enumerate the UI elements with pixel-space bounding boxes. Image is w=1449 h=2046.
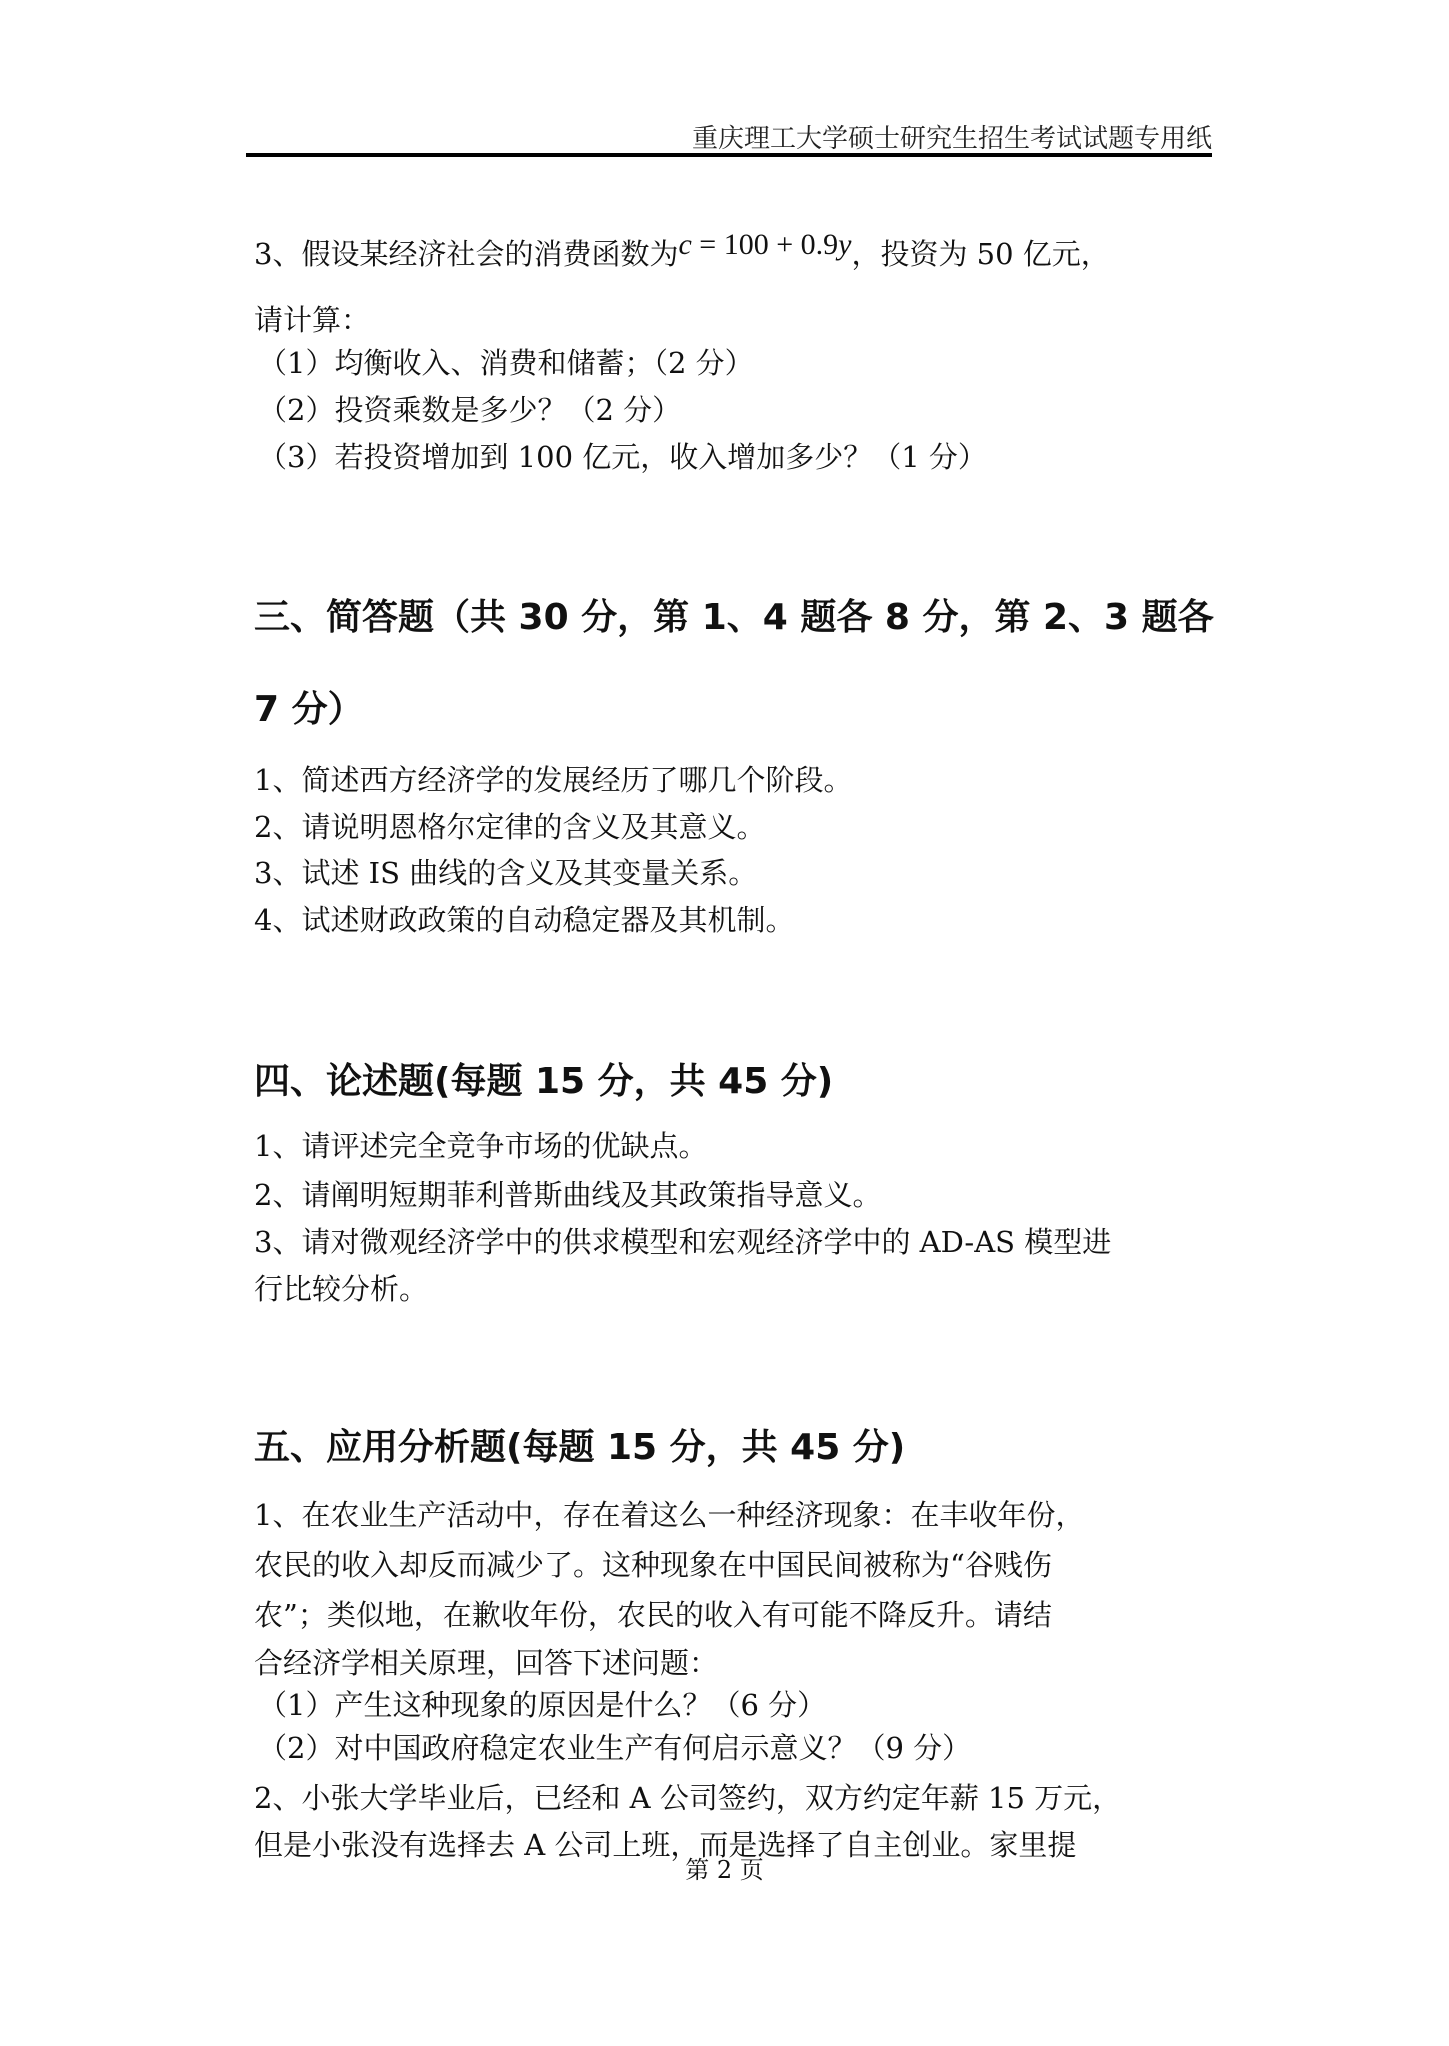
section-4-item-1: 1、请评述完全竞争市场的优缺点。 <box>254 1128 707 1164</box>
section-5-q2-line1: 2、小张大学毕业后，已经和 A 公司签约，双方约定年薪 15 万元， <box>254 1780 1121 1816</box>
question-3-line2: 请计算： <box>254 302 370 338</box>
formula-var-y: y <box>838 228 851 261</box>
question-3-sub-3: （3）若投资增加到 100 亿元，收入增加多少？（1 分） <box>258 439 987 475</box>
question-3-sub-1: （1）均衡收入、消费和储蓄；（2 分） <box>258 345 754 381</box>
question-3-prefix: 3、假设某经济社会的消费函数为 <box>254 237 678 271</box>
section-3-heading-line2: 7 分） <box>254 688 364 732</box>
section-4-item-3: 3、请对微观经济学中的供求模型和宏观经济学中的 AD-AS 模型进 <box>254 1224 1111 1260</box>
section-3-item-3: 3、试述 IS 曲线的含义及其变量关系。 <box>254 855 757 891</box>
question-3-suffix: ，投资为 50 亿元， <box>851 237 1109 271</box>
section-5-q1-sub-1: （1）产生这种现象的原因是什么？（6 分） <box>258 1687 826 1723</box>
question-3-line1: 3、假设某经济社会的消费函数为c = 100 + 0.9y，投资为 50 亿元， <box>254 236 1110 273</box>
section-4-heading: 四、论述题(每题 15 分，共 45 分) <box>254 1060 833 1104</box>
section-5-q1-line3: 农”；类似地，在歉收年份，农民的收入有可能不降反升。请结 <box>254 1597 1052 1633</box>
section-3-item-1: 1、简述西方经济学的发展经历了哪几个阶段。 <box>254 762 852 798</box>
consumption-formula: c = 100 + 0.9y <box>678 228 851 261</box>
question-3-sub-2: （2）投资乘数是多少？（2 分） <box>258 392 681 428</box>
section-5-heading: 五、应用分析题(每题 15 分，共 45 分) <box>254 1426 905 1470</box>
section-5-q1-line4: 合经济学相关原理，回答下述问题： <box>254 1645 718 1681</box>
section-4-item-3-cont: 行比较分析。 <box>254 1271 428 1307</box>
section-5-q1-sub-2: （2）对中国政府稳定农业生产有何启示意义？（9 分） <box>258 1730 971 1766</box>
formula-var-c: c <box>678 228 691 261</box>
section-3-item-4: 4、试述财政政策的自动稳定器及其机制。 <box>254 902 794 938</box>
header-title: 重庆理工大学硕士研究生招生考试试题专用纸 <box>692 118 1212 155</box>
section-5-q1-line2: 农民的收入却反而减少了。这种现象在中国民间被称为“谷贱伤 <box>254 1547 1052 1583</box>
formula-mid: = 100 + 0.9 <box>692 228 838 261</box>
section-5-q1-line1: 1、在农业生产活动中，存在着这么一种经济现象：在丰收年份， <box>254 1497 1084 1533</box>
header-rule <box>246 153 1212 157</box>
page-number: 第 2 页 <box>0 1850 1449 1885</box>
section-4-item-2: 2、请阐明短期菲利普斯曲线及其政策指导意义。 <box>254 1177 881 1213</box>
section-3-heading-line1: 三、简答题（共 30 分，第 1、4 题各 8 分，第 2、3 题各 <box>254 596 1214 640</box>
section-3-item-2: 2、请说明恩格尔定律的含义及其意义。 <box>254 809 765 845</box>
